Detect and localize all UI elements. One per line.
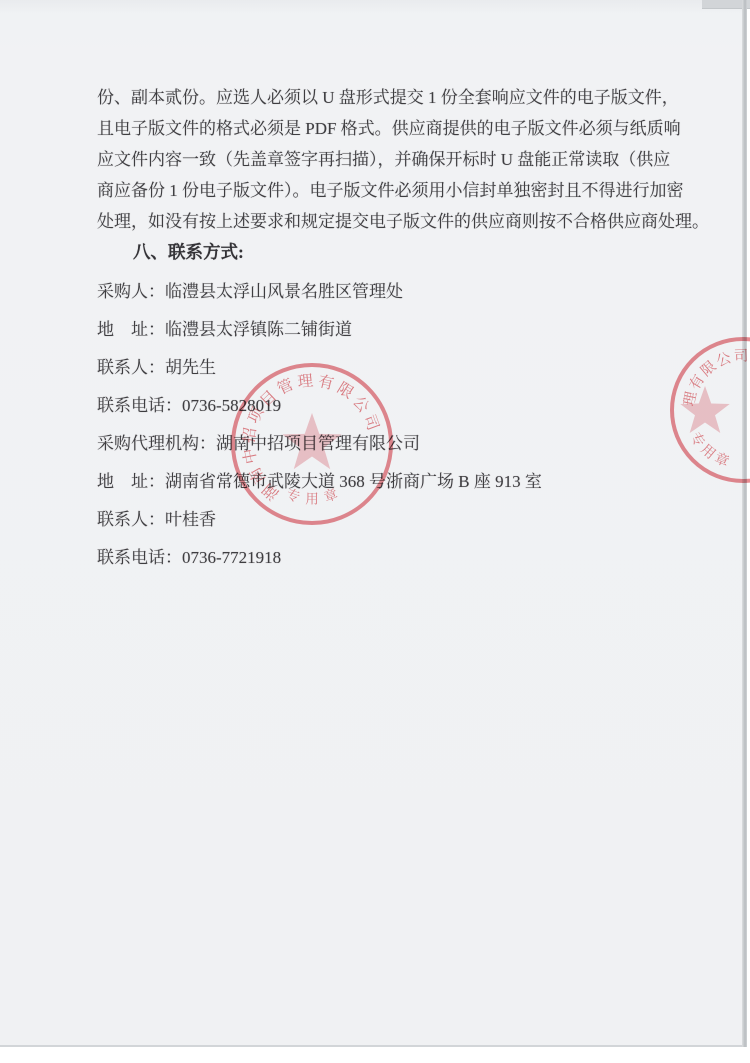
- paragraph-line: 且电子版文件的格式必须是 PDF 格式。供应商提供的电子版文件必须与纸质响: [97, 113, 658, 144]
- seal-char: 管: [275, 375, 297, 398]
- paragraph-line: 商应备份 1 份电子版文件）。电子版文件必须用小信封单独密封且不得进行加密: [97, 175, 658, 206]
- seal-char: 章: [322, 485, 340, 505]
- contact-line-agency-phone: 联系电话：0736-7721918: [97, 539, 658, 577]
- seal-char: 司: [360, 412, 382, 433]
- contact-line-purchaser-address: 地 址：临澧县太浮镇陈二铺街道: [97, 311, 658, 349]
- star-icon: [283, 413, 342, 469]
- scanned-page: 份、副本贰份。应选人必须以 U 盘形式提交 1 份全套响应文件的电子版文件， 且…: [0, 0, 747, 1047]
- paragraph-line: 份、副本贰份。应选人必须以 U 盘形式提交 1 份全套响应文件的电子版文件，: [97, 82, 658, 113]
- seal-char: 专: [284, 486, 302, 505]
- seal-char: 南: [246, 464, 269, 486]
- seal-char: 公: [714, 350, 734, 370]
- seal-char: 司: [734, 348, 749, 365]
- company-seal-stamp-partial: 理 有 限 公 司 专 用 章: [635, 330, 750, 520]
- seal-char: 湖: [259, 480, 283, 504]
- seal-char: 用: [305, 492, 319, 507]
- seal-char: 招: [239, 426, 260, 444]
- seal-char: 公: [349, 393, 372, 416]
- contact-line-purchaser: 采购人：临澧县太浮山风景名胜区管理处: [97, 273, 658, 311]
- seal-char: 项: [244, 404, 267, 426]
- seal-char: 有: [317, 372, 336, 393]
- seal-char: 限: [334, 379, 357, 402]
- seal-char: 理: [297, 372, 315, 392]
- paragraph-line: 应文件内容一致（先盖章签字再扫描），并确保开标时 U 盘能正常读取（供应: [97, 144, 658, 175]
- page-right-edge-shadow: [742, 0, 747, 1047]
- section-heading-contact-info: 八、联系方式:: [97, 237, 658, 268]
- paragraph-line: 处理，如没有按上述要求和规定提交电子版文件的供应商则按不合格供应商处理。: [97, 206, 658, 237]
- seal-char: 目: [256, 387, 280, 411]
- seal-char: 理: [681, 389, 701, 407]
- company-seal-stamp: 湖 南 中 招 项 目 管 理 有 限 公 司 专 用 章: [226, 358, 398, 530]
- seal-char: 中: [240, 447, 261, 466]
- body-paragraph: 份、副本贰份。应选人必须以 U 盘形式提交 1 份全套响应文件的电子版文件， 且…: [97, 82, 658, 237]
